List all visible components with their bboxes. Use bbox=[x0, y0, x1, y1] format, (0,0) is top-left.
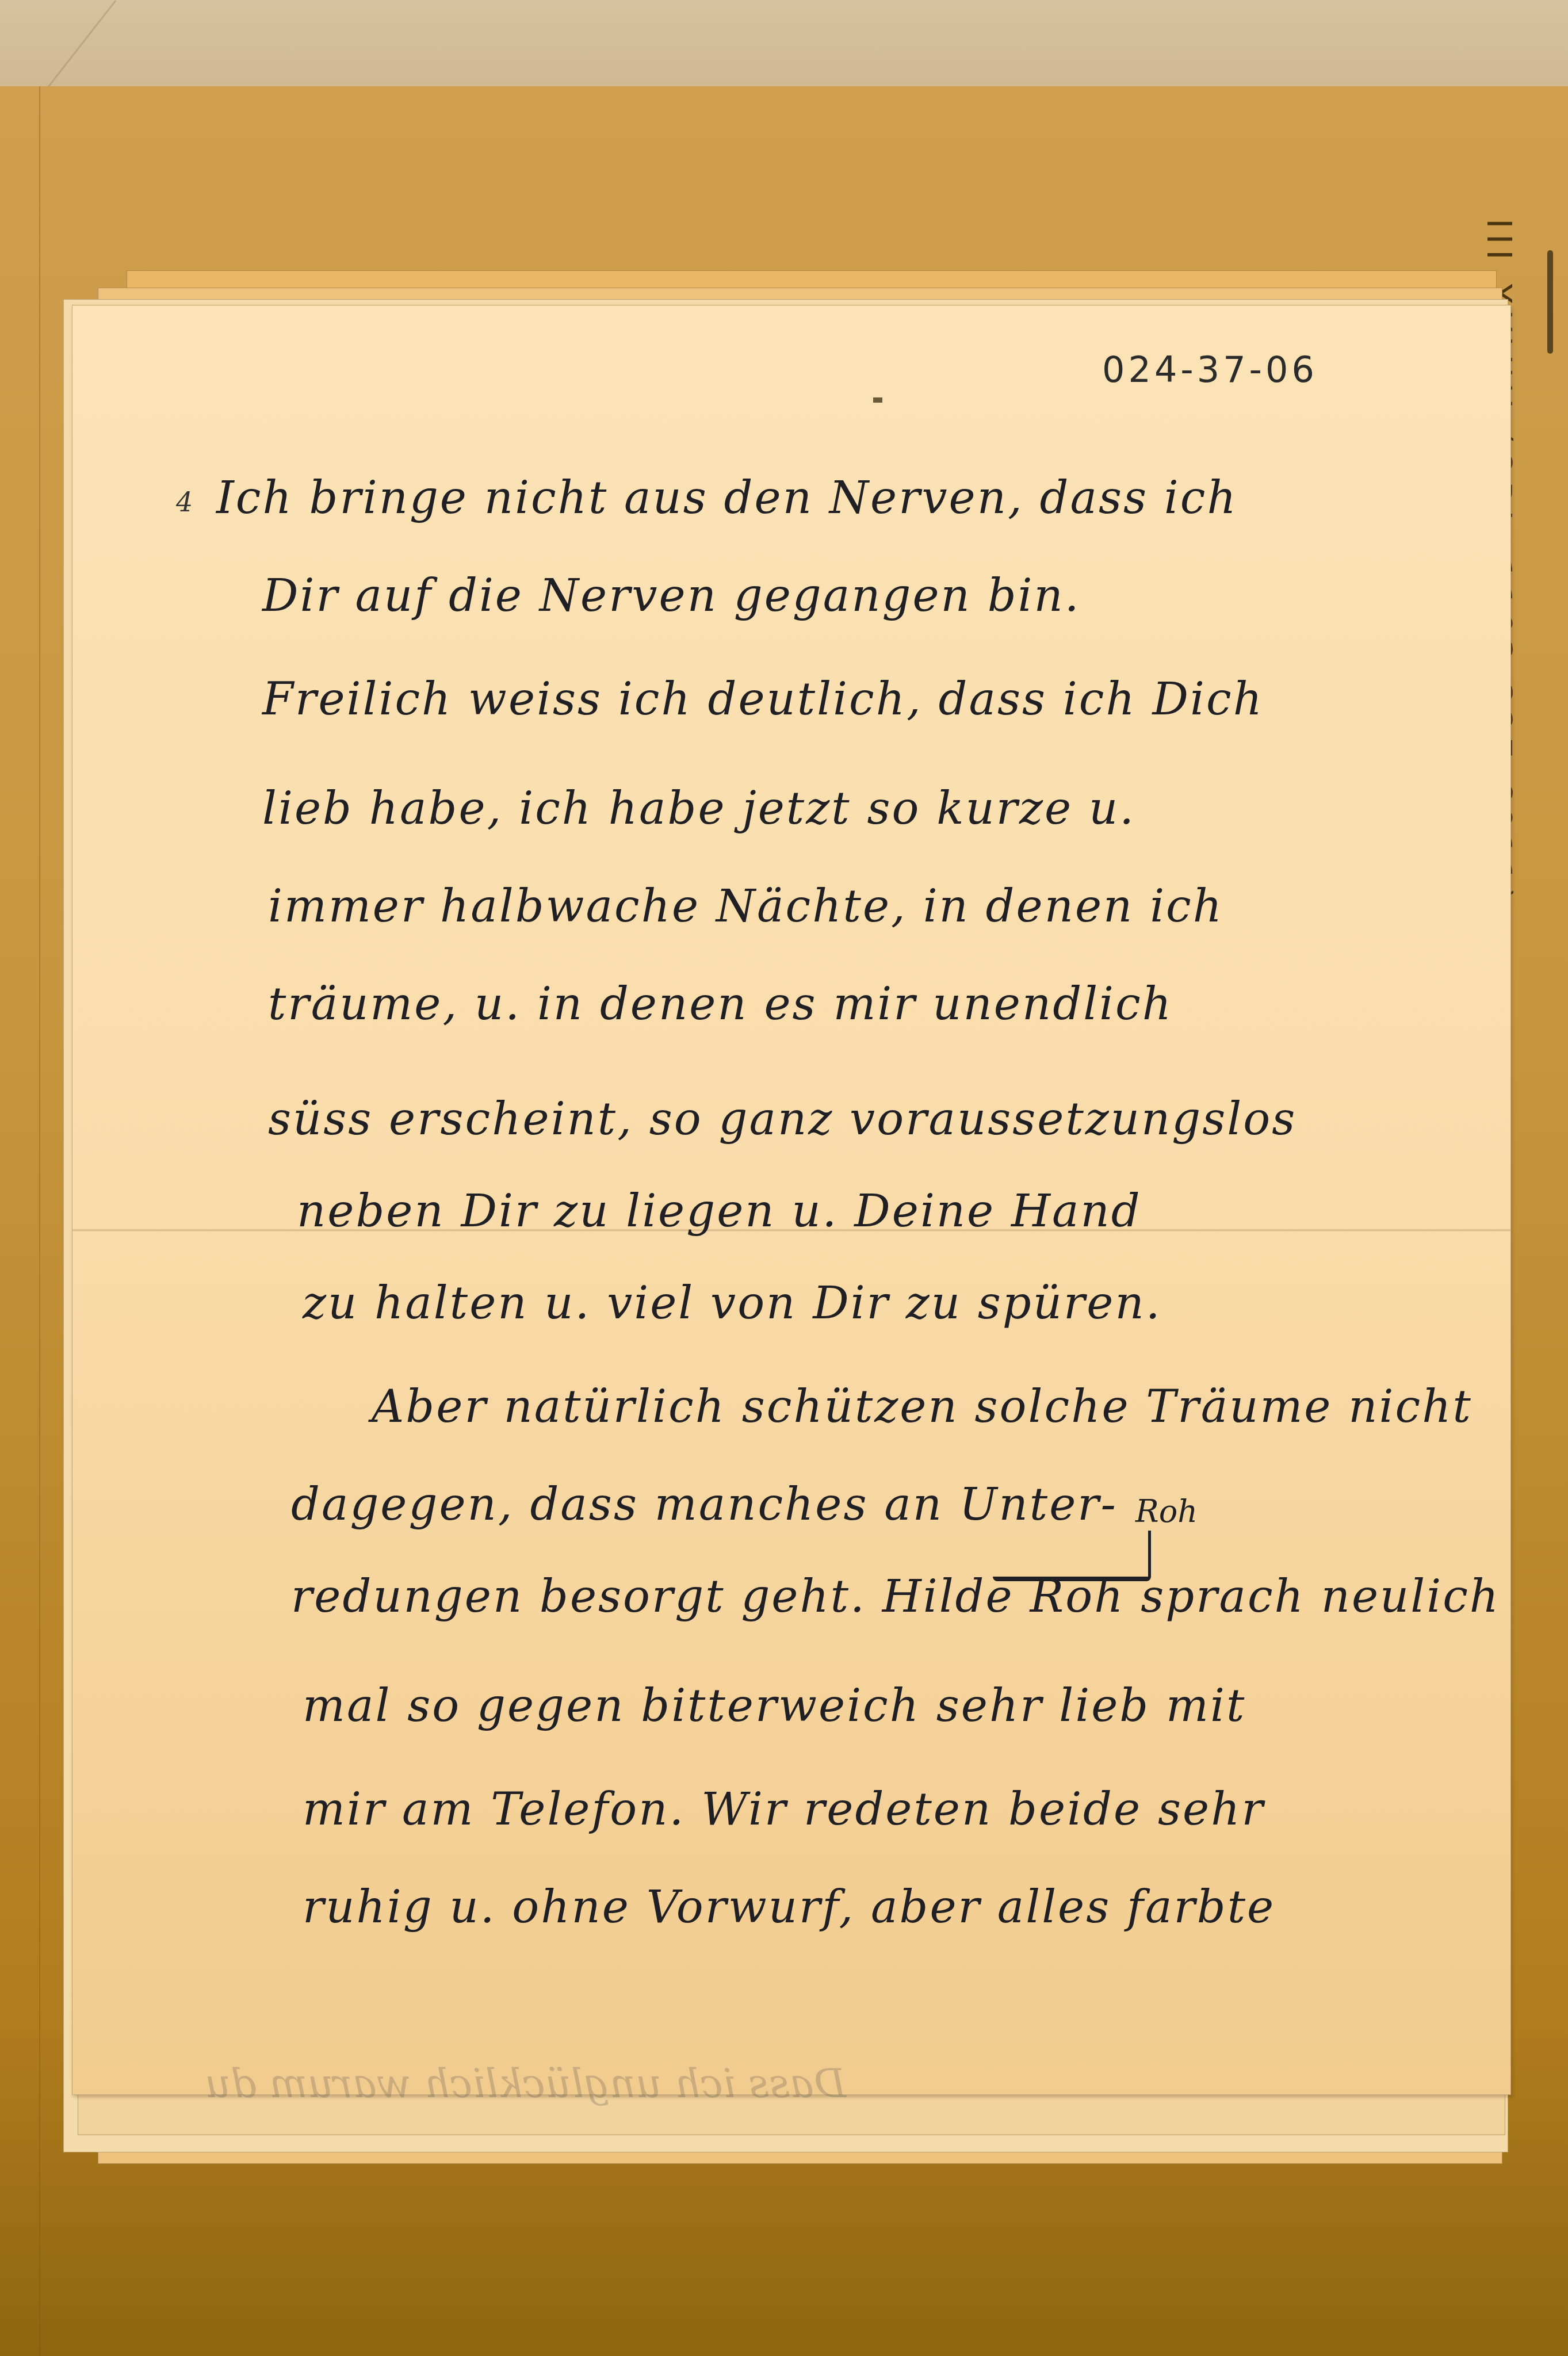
text-line: Freilich weiss ich deutlich, dass ich Di… bbox=[262, 674, 1264, 725]
text-line: immer halbwache Nächte, in denen ich bbox=[268, 881, 1223, 932]
hilde-underline-bracket bbox=[993, 1531, 1151, 1581]
text-line: ruhig u. ohne Vorwurf, aber alles farbte bbox=[303, 1881, 1275, 1933]
text-line: süss erscheint, so ganz voraussetzungslo… bbox=[268, 1093, 1297, 1145]
text-line: mal so gegen bitterweich sehr lieb mit bbox=[303, 1680, 1246, 1732]
bleed-through-text: Dass ich unglücklich warum du bbox=[205, 2060, 846, 2107]
text-line: mir am Telefon. Wir redeten beide sehr bbox=[303, 1784, 1265, 1835]
text-line: lieb habe, ich habe jetzt so kurze u. bbox=[262, 783, 1135, 835]
handwritten-body: Ich bringe nicht aus den Nerven, dass ic… bbox=[72, 305, 1510, 2094]
text-line: dagegen, dass manches an Unter- bbox=[291, 1479, 1118, 1531]
inserted-word: Roh bbox=[1135, 1493, 1198, 1529]
folder-label-bracket bbox=[1547, 250, 1553, 354]
text-line: träume, u. in denen es mir unendlich bbox=[268, 978, 1173, 1030]
text-line: Dir auf die Nerven gegangen bin. bbox=[262, 570, 1081, 622]
text-line: Aber natürlich schützen solche Träume ni… bbox=[372, 1381, 1473, 1433]
text-line: neben Dir zu liegen u. Deine Hand bbox=[297, 1185, 1142, 1237]
text-line: zu halten u. viel von Dir zu spüren. bbox=[303, 1278, 1162, 1329]
folder-fold-line bbox=[39, 86, 40, 2356]
text-line: Ich bringe nicht aus den Nerven, dass ic… bbox=[216, 472, 1238, 524]
text-line: redungen besorgt geht. Hilde Roh sprach … bbox=[291, 1571, 1500, 1623]
letter-page: 024-37-06 4 Ich bringe nicht aus den Ner… bbox=[72, 305, 1511, 2095]
